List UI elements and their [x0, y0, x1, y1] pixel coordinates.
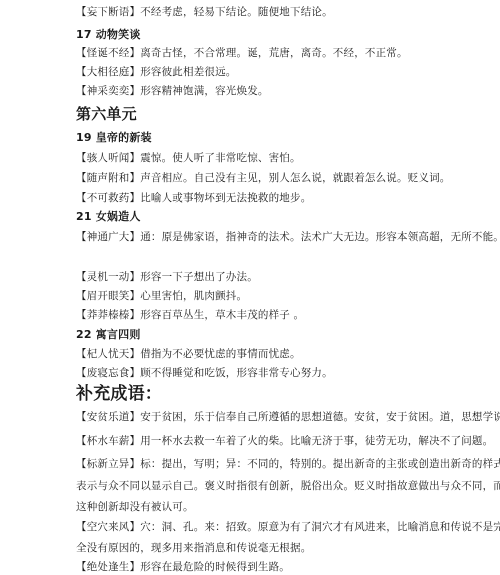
idiom-entry: 【妄下断语】不经考虑，轻易下结论。随便地下结论。 — [76, 5, 333, 19]
idiom-term: 【神采奕奕】 — [76, 85, 140, 97]
idiom-entry: 【标新立异】标：提出，写明；异：不同的，特别的。提出新奇的主张或创造出新奇的样式… — [76, 457, 500, 471]
idiom-definition: 声音相应。自己没有主见，别人怎么说，就跟着怎么说。贬义词。 — [140, 172, 450, 184]
idiom-term: 【安贫乐道】 — [76, 411, 140, 423]
idiom-definition: 用一杯水去救一车着了火的柴。比喻无济于事，徒劳无功，解决不了问题。 — [140, 435, 493, 447]
idiom-entry: 【神通广大】通：原是佛家语，指神奇的法术。法术广大无边。形容本领高超，无所不能。 — [76, 230, 500, 244]
idiom-definition: 形容彼此相差很远。 — [140, 66, 236, 78]
idiom-definition: 离奇古怪，不合常理。诞，荒唐，离奇。不经，不正常。 — [140, 47, 408, 59]
idiom-entry: 【莽莽榛榛】形容百草丛生，草木丰茂的样子 。 — [76, 308, 304, 322]
idiom-entry: 【随声附和】声音相应。自己没有主见，别人怎么说，就跟着怎么说。贬义词。 — [76, 171, 451, 185]
idiom-definition: 形容一下子想出了办法。 — [140, 271, 258, 283]
idiom-term: 【杞人忧天】 — [76, 348, 140, 360]
idiom-definition: 震惊。使人听了非常吃惊、害怕。 — [140, 152, 301, 164]
idiom-entry: 【安贫乐道】安于贫困，乐于信奉自己所遵循的思想道德。安贫，安于贫困。道，思想学说… — [76, 410, 500, 424]
document-page: 【妄下断语】不经考虑，轻易下结论。随便地下结论。 17 动物笑谈 【怪诞不经】离… — [0, 0, 500, 575]
idiom-term: 【眉开眼笑】 — [76, 290, 140, 302]
idiom-entry: 【怪诞不经】离奇古怪，不合常理。诞，荒唐，离奇。不经，不正常。 — [76, 46, 408, 60]
idiom-term: 【废寝忘食】 — [76, 367, 140, 379]
idiom-definition: 形容精神饱满，容光焕发。 — [140, 85, 268, 97]
idiom-term: 【怪诞不经】 — [76, 47, 140, 59]
idiom-entry: 【杯水车薪】用一杯水去救一车着了火的柴。比喻无济于事，徒劳无功，解决不了问题。 — [76, 434, 493, 448]
idiom-entry: 【杞人忧天】借指为不必要忧虑的事情而忧虑。 — [76, 347, 301, 361]
lesson-heading: 22 寓言四则 — [76, 328, 141, 342]
idiom-definition: 标：提出，写明；异：不同的，特别的。提出新奇的主张或创造出新奇的样式， — [140, 458, 500, 470]
idiom-entry: 【骇人听闻】震惊。使人听了非常吃惊、害怕。 — [76, 151, 301, 165]
idiom-entry: 【不可救药】比喻人或事物坏到无法挽救的地步。 — [76, 191, 311, 205]
idiom-entry: 【大相径庭】形容彼此相差很远。 — [76, 65, 237, 79]
idiom-entry: 【废寝忘食】顾不得睡觉和吃饭，形容非常专心努力。 — [76, 366, 333, 380]
idiom-definition: 不经考虑，轻易下结论。随便地下结论。 — [140, 6, 333, 18]
idiom-continuation: 这种创新却没有被认可。 — [76, 500, 194, 514]
idiom-continuation: 表示与众不同以显示自己。褒义时指很有创新，脱俗出众。贬义时指故意做出与众不同，而 — [76, 479, 500, 493]
idiom-definition: 借指为不必要忧虑的事情而忧虑。 — [140, 348, 301, 360]
idiom-term: 【杯水车薪】 — [76, 435, 140, 447]
idiom-term: 【标新立异】 — [76, 458, 140, 470]
idiom-definition: 心里害怕，肌肉颤抖。 — [140, 290, 247, 302]
idiom-term: 【骇人听闻】 — [76, 152, 140, 164]
idiom-entry: 【眉开眼笑】心里害怕，肌肉颤抖。 — [76, 289, 247, 303]
idiom-definition: 顾不得睡觉和吃饭，形容非常专心努力。 — [140, 367, 333, 379]
idiom-definition: 安于贫困，乐于信奉自己所遵循的思想道德。安贫，安于贫困。道，思想学说。 — [140, 411, 500, 423]
idiom-term: 【不可救药】 — [76, 192, 140, 204]
lesson-heading: 21 女娲造人 — [76, 210, 141, 224]
idiom-entry: 【绝处逢生】形容在最危险的时候得到生路。 — [76, 560, 290, 574]
idiom-term: 【随声附和】 — [76, 172, 140, 184]
lesson-heading: 19 皇帝的新装 — [76, 131, 152, 145]
idiom-continuation: 全没有原因的，现多用来指消息和传说毫无根据。 — [76, 541, 311, 555]
idiom-term: 【莽莽榛榛】 — [76, 309, 140, 321]
idiom-definition: 比喻人或事物坏到无法挽救的地步。 — [140, 192, 311, 204]
idiom-definition: 穴：洞、孔。来：招致。原意为有了洞穴才有风进来，比喻消息和传说不是完 — [140, 521, 500, 533]
idiom-term: 【妄下断语】 — [76, 6, 140, 18]
idiom-term: 【灵机一动】 — [76, 271, 140, 283]
idiom-entry: 【空穴来风】穴：洞、孔。来：招致。原意为有了洞穴才有风进来，比喻消息和传说不是完 — [76, 520, 500, 534]
idiom-term: 【绝处逢生】 — [76, 561, 140, 573]
idiom-term: 【空穴来风】 — [76, 521, 140, 533]
idiom-entry: 【神采奕奕】形容精神饱满，容光焕发。 — [76, 84, 269, 98]
idiom-entry: 【灵机一动】形容一下子想出了办法。 — [76, 270, 258, 284]
lesson-heading: 17 动物笑谈 — [76, 28, 141, 42]
supplementary-heading: 补充成语： — [76, 384, 162, 404]
unit-heading: 第六单元 — [76, 105, 137, 123]
idiom-term: 【大相径庭】 — [76, 66, 140, 78]
idiom-definition: 形容百草丛生，草木丰茂的样子 。 — [140, 309, 304, 321]
idiom-term: 【神通广大】 — [76, 231, 140, 243]
idiom-definition: 通：原是佛家语，指神奇的法术。法术广大无边。形容本领高超，无所不能。 — [140, 231, 500, 243]
idiom-definition: 形容在最危险的时候得到生路。 — [140, 561, 290, 573]
